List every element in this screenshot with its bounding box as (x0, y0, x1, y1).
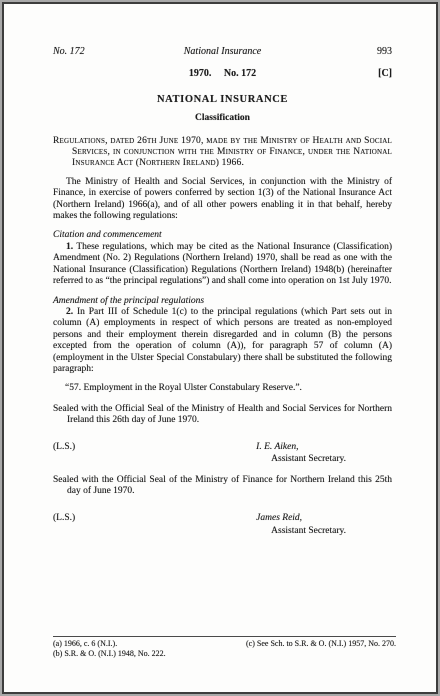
section-1-paragraph: 1. These regulations, which may be cited… (53, 242, 392, 288)
footnotes-left-column: (a) 1966, c. 6 (N.I.). (b) S.R. & O. (N.… (53, 639, 166, 658)
substituted-paragraph-quote: “57. Employment in the Royal Ulster Cons… (53, 383, 392, 394)
footnote-a: (a) 1966, c. 6 (N.I.). (53, 639, 166, 649)
signatory-role-aiken: Assistant Secretary. (256, 454, 346, 465)
header-running-title: National Insurance (184, 46, 262, 57)
header-year: 1970. (189, 68, 212, 79)
section-heading-amendment: Amendment of the principal regulations (53, 296, 392, 307)
footnotes: (a) 1966, c. 6 (N.I.). (b) S.R. & O. (N.… (53, 636, 396, 658)
seal-paragraph-finance: Sealed with the Official Seal of the Min… (53, 475, 392, 498)
section-heading-citation: Citation and commencement (53, 230, 392, 241)
signature-block-finance: James Reid, Assistant Secretary. (256, 513, 346, 537)
scanned-page: No. 172 National Insurance 993 1970. No.… (2, 2, 438, 694)
section-1-text: These regulations, which may be cited as… (53, 242, 392, 286)
section-2-paragraph: 2. In Part III of Schedule 1(c) to the p… (53, 307, 392, 375)
opening-paragraph: The Ministry of Health and Social Servic… (53, 177, 392, 223)
seal-mark-health: (L.S.) (53, 442, 75, 453)
section-2-text: In Part III of Schedule 1(c) to the prin… (53, 307, 392, 374)
header-page-number: 993 (261, 46, 392, 57)
header-number: No. 172 (224, 68, 256, 79)
seal-mark-finance: (L.S.) (53, 513, 75, 524)
preamble: Regulations, dated 26th June 1970, made … (53, 136, 392, 170)
signatory-name-aiken: I. E. Aiken, (256, 442, 346, 453)
header-line2: 1970. No. 172 [C] (53, 68, 392, 79)
footnote-c: (c) See Sch. to S.R. & O. (N.I.) 1957, N… (246, 639, 396, 649)
header-instrument-number: No. 172 (53, 46, 184, 57)
running-header: No. 172 National Insurance 993 (53, 46, 392, 57)
header-corner-mark: [C] (378, 68, 392, 79)
page-content: No. 172 National Insurance 993 1970. No.… (4, 4, 436, 692)
signatory-name-reid: James Reid, (256, 513, 346, 524)
document-subtitle: Classification (53, 113, 392, 124)
footnote-b: (b) S.R. & O. (N.I.) 1948, No. 222. (53, 649, 166, 659)
signature-row-finance: (L.S.) James Reid, Assistant Secretary. (53, 513, 392, 537)
seal-paragraph-health: Sealed with the Official Seal of the Min… (53, 404, 392, 427)
signature-row-health: (L.S.) I. E. Aiken, Assistant Secretary. (53, 442, 392, 466)
signature-block-health: I. E. Aiken, Assistant Secretary. (256, 442, 346, 466)
signatory-role-reid: Assistant Secretary. (256, 526, 346, 537)
footnotes-right-column: (c) See Sch. to S.R. & O. (N.I.) 1957, N… (246, 639, 396, 658)
document-title: NATIONAL INSURANCE (53, 94, 392, 105)
